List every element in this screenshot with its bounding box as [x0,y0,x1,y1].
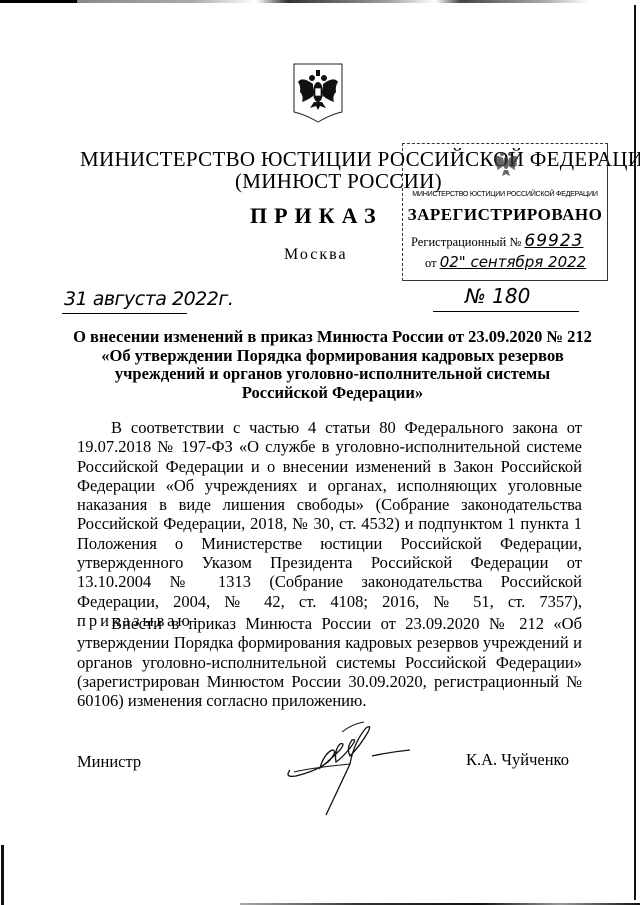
coat-of-arms-icon [292,62,344,124]
signature-icon [280,720,430,825]
registration-stamp: МИНИСТЕРСТВО ЮСТИЦИИ РОССИЙСКОЙ ФЕДЕРАЦИ… [402,143,608,281]
stamp-ministry: МИНИСТЕРСТВО ЮСТИЦИИ РОССИЙСКОЙ ФЕДЕРАЦИ… [412,189,598,198]
operative-text: Внести в приказ Минюста России от 23.09.… [77,614,582,710]
scan-edge-left [1,845,4,905]
stamp-reg-number-row: Регистрационный № 69923 [411,231,583,251]
signatory-name: К.А. Чуйченко [466,750,569,770]
stamp-date-prefix: от [425,256,437,270]
date-underline [62,313,187,314]
preamble-paragraph: В соответствии с частью 4 статьи 80 Феде… [77,418,582,630]
stamp-emblem-icon [491,146,521,180]
operative-paragraph: Внести в приказ Минюста России от 23.09.… [77,614,582,710]
stamp-reg-number: 69923 [524,231,583,251]
city: Москва [284,246,348,264]
stamp-date-value: 02" сентября 2022 [440,253,587,271]
stamp-registered: ЗАРЕГИСТРИРОВАНО [403,205,607,225]
order-title: ПРИКАЗ [250,203,383,229]
scan-edge-top [0,0,640,3]
scan-edge-right [634,5,636,900]
stamp-date-row: от 02" сентября 2022 [425,253,586,271]
signatory-title: Министр [77,752,141,772]
preamble-text: В соответствии с частью 4 статьи 80 Феде… [77,418,582,611]
number-underline [433,311,579,312]
order-subject: О внесении изменений в приказ Минюста Ро… [70,328,595,402]
order-date: 31 августа 2022г. [64,288,233,310]
order-number: № 180 [465,284,530,308]
stamp-reg-label: Регистрационный № [411,235,521,249]
